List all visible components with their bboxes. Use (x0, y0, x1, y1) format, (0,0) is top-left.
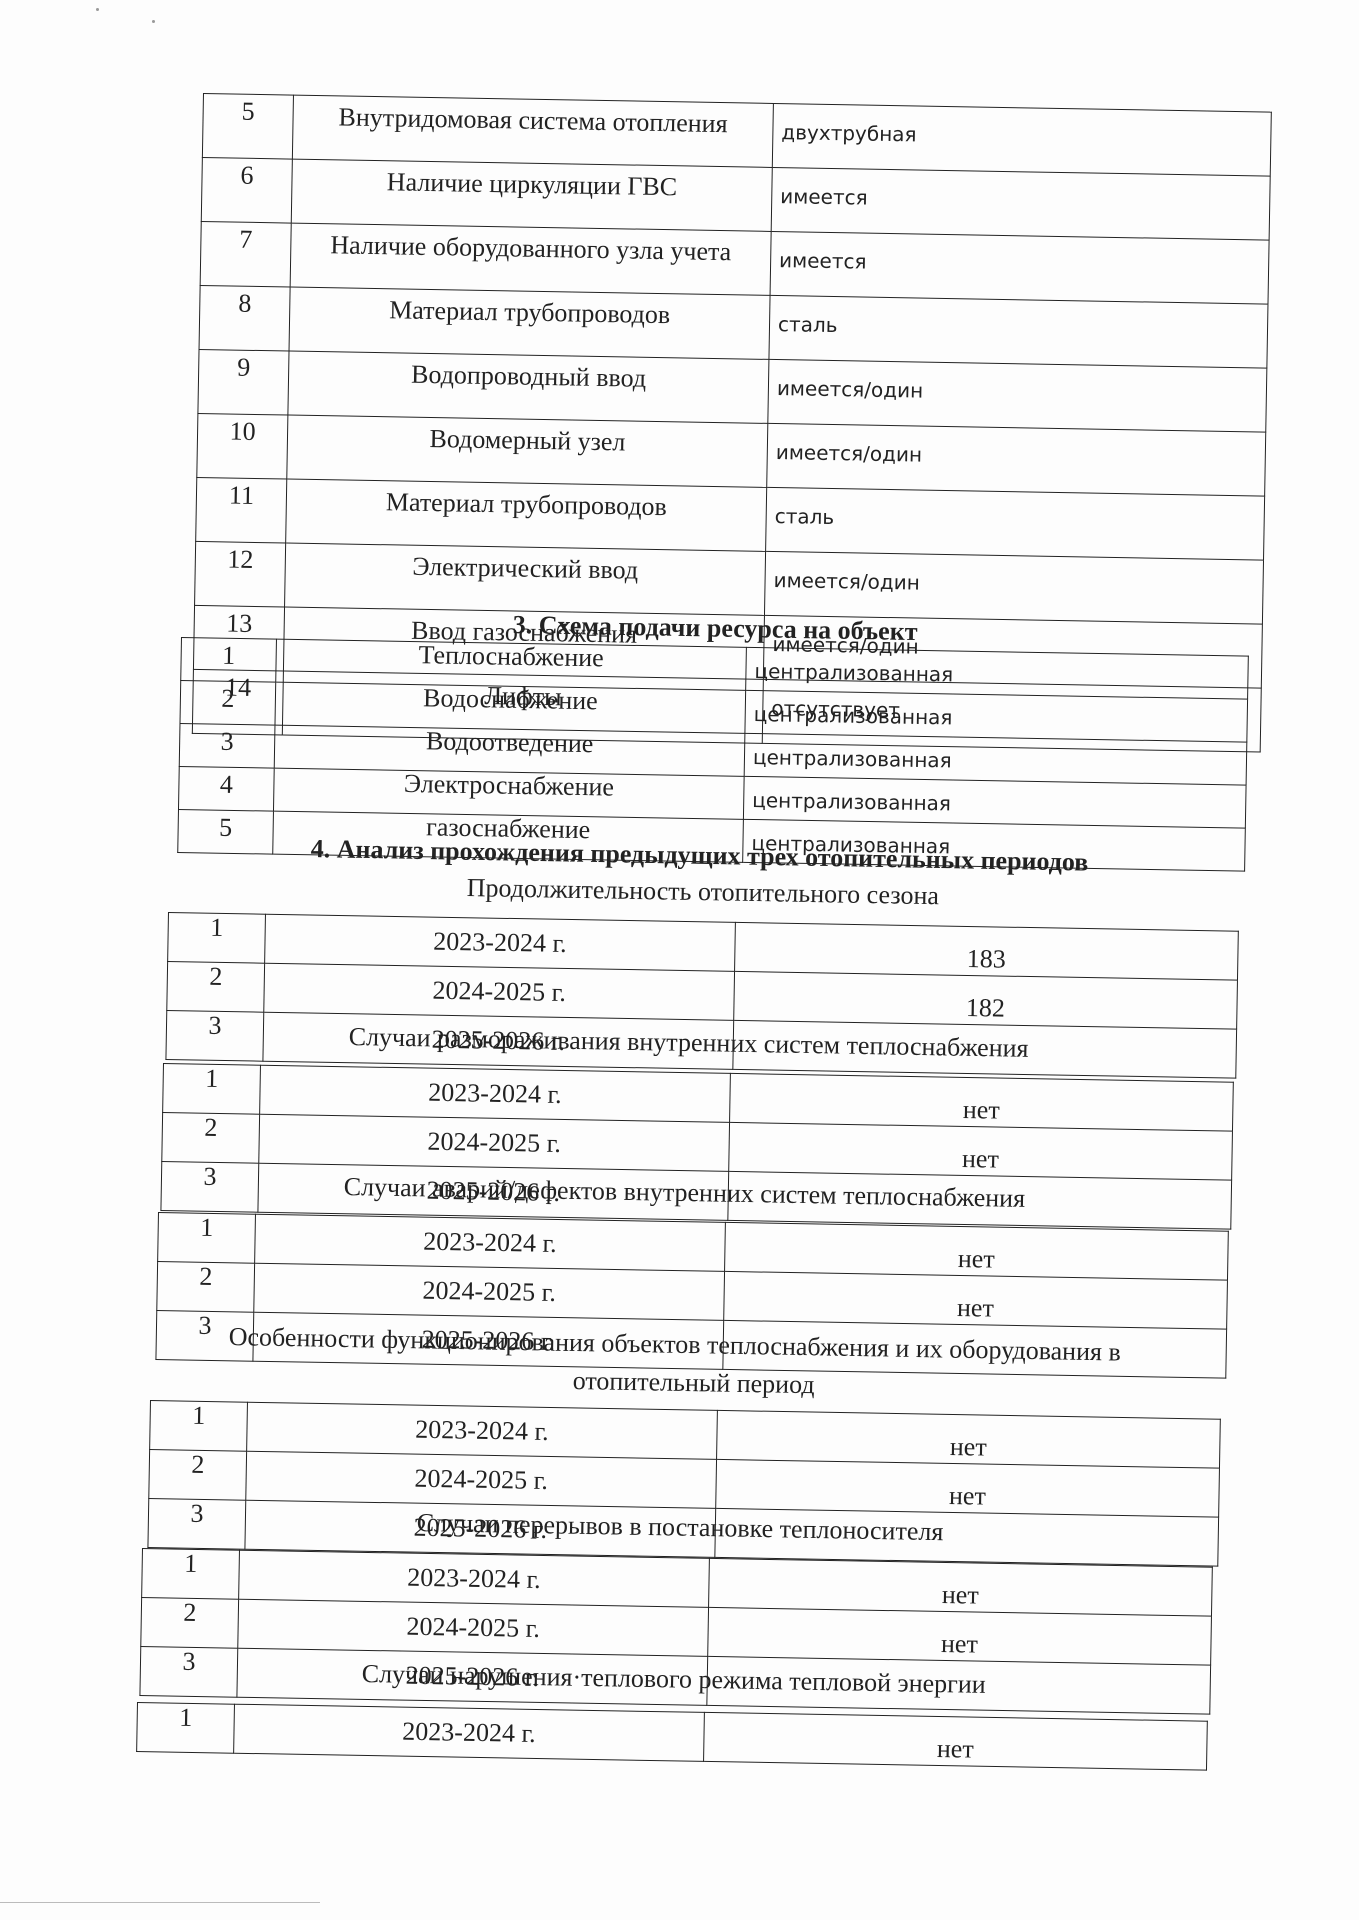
row-value: сталь (766, 487, 1265, 560)
row-number: 1 (181, 638, 277, 683)
row-parameter: Материал трубопроводов (286, 479, 767, 551)
row-number: 3 (179, 723, 275, 768)
row-number: 1 (163, 1064, 261, 1115)
row-period: 2023-2024 г. (260, 1065, 731, 1122)
row-period: 2024-2025 г. (254, 1263, 725, 1320)
row-value: имеется/один (767, 423, 1266, 496)
row-period: 2024-2025 г. (259, 1114, 730, 1171)
row-period: 2024-2025 г. (246, 1451, 717, 1508)
row-result: 182 (734, 971, 1238, 1029)
table-row: 12023-2024 г.нет (137, 1703, 1208, 1771)
row-period: 2023-2024 г. (265, 914, 736, 971)
row-parameter: Наличие оборудованного узла учета (290, 223, 771, 295)
row-number: 12 (195, 541, 286, 607)
row-number: 5 (178, 809, 274, 854)
row-result: нет (704, 1712, 1208, 1770)
row-result: нет (724, 1271, 1228, 1329)
row-result: нет (708, 1607, 1212, 1665)
row-number: 7 (200, 221, 291, 287)
row-period: 2024-2025 г. (264, 963, 735, 1020)
row-result: нет (717, 1410, 1221, 1468)
scan-speck (152, 20, 155, 23)
row-number: 4 (178, 766, 274, 811)
row-period: 2023-2024 г. (247, 1402, 718, 1459)
row-value: имеется/один (764, 551, 1263, 624)
row-parameter: Водомерный узел (287, 415, 768, 487)
scan-edge-line (0, 1902, 320, 1903)
row-result: нет (729, 1122, 1233, 1180)
row-number: 2 (149, 1450, 247, 1501)
row-parameter: Водопроводный ввод (288, 351, 769, 423)
row-period: 2024-2025 г. (238, 1599, 709, 1656)
row-value: сталь (769, 295, 1268, 368)
row-number: 5 (202, 94, 293, 160)
row-number: 2 (157, 1262, 255, 1313)
row-parameter: Внутридомовая система отопления (292, 95, 773, 167)
row-number: 6 (201, 157, 292, 223)
thermal-mode-violations-table: 12023-2024 г.нет (136, 1702, 1208, 1771)
row-number: 1 (137, 1703, 235, 1754)
row-number: 3 (161, 1161, 259, 1212)
row-result: нет (716, 1459, 1220, 1517)
caption-operation-features-line2: отопительный период (572, 1366, 814, 1400)
row-number: 2 (167, 962, 265, 1013)
row-number: 11 (196, 477, 287, 543)
row-number: 1 (158, 1213, 256, 1264)
row-value: двухтрубная (772, 103, 1271, 176)
row-number: 8 (199, 285, 290, 351)
row-number: 10 (197, 413, 288, 479)
row-period: 2023-2024 г. (234, 1704, 705, 1761)
row-result: нет (730, 1073, 1234, 1131)
row-result: нет (709, 1558, 1213, 1616)
row-parameter: Наличие циркуляции ГВС (291, 159, 772, 231)
row-number: 9 (198, 349, 289, 415)
row-parameter: Материал трубопроводов (289, 287, 770, 359)
row-period: 2023-2024 г. (255, 1214, 726, 1271)
row-result: 183 (735, 922, 1239, 980)
row-number: 1 (142, 1549, 240, 1600)
scanned-document-page: 5Внутридомовая система отоплениядвухтруб… (0, 0, 1359, 1920)
row-number: 2 (180, 681, 276, 726)
row-number: 1 (168, 913, 266, 964)
row-number: 3 (166, 1010, 264, 1061)
row-number: 2 (141, 1598, 239, 1649)
row-parameter: Электрический ввод (285, 543, 766, 615)
scan-speck (96, 8, 99, 11)
row-number: 3 (148, 1498, 246, 1549)
row-number: 1 (150, 1401, 248, 1452)
row-value: имеется (771, 167, 1270, 240)
row-value: имеется (770, 231, 1269, 304)
row-number: 2 (162, 1113, 260, 1164)
row-number: 3 (140, 1646, 238, 1697)
row-value: имеется/один (768, 359, 1267, 432)
row-period: 2023-2024 г. (239, 1550, 710, 1607)
row-result: нет (725, 1222, 1229, 1280)
caption-heating-season-duration: Продолжительность отопительного сезона (466, 873, 939, 911)
